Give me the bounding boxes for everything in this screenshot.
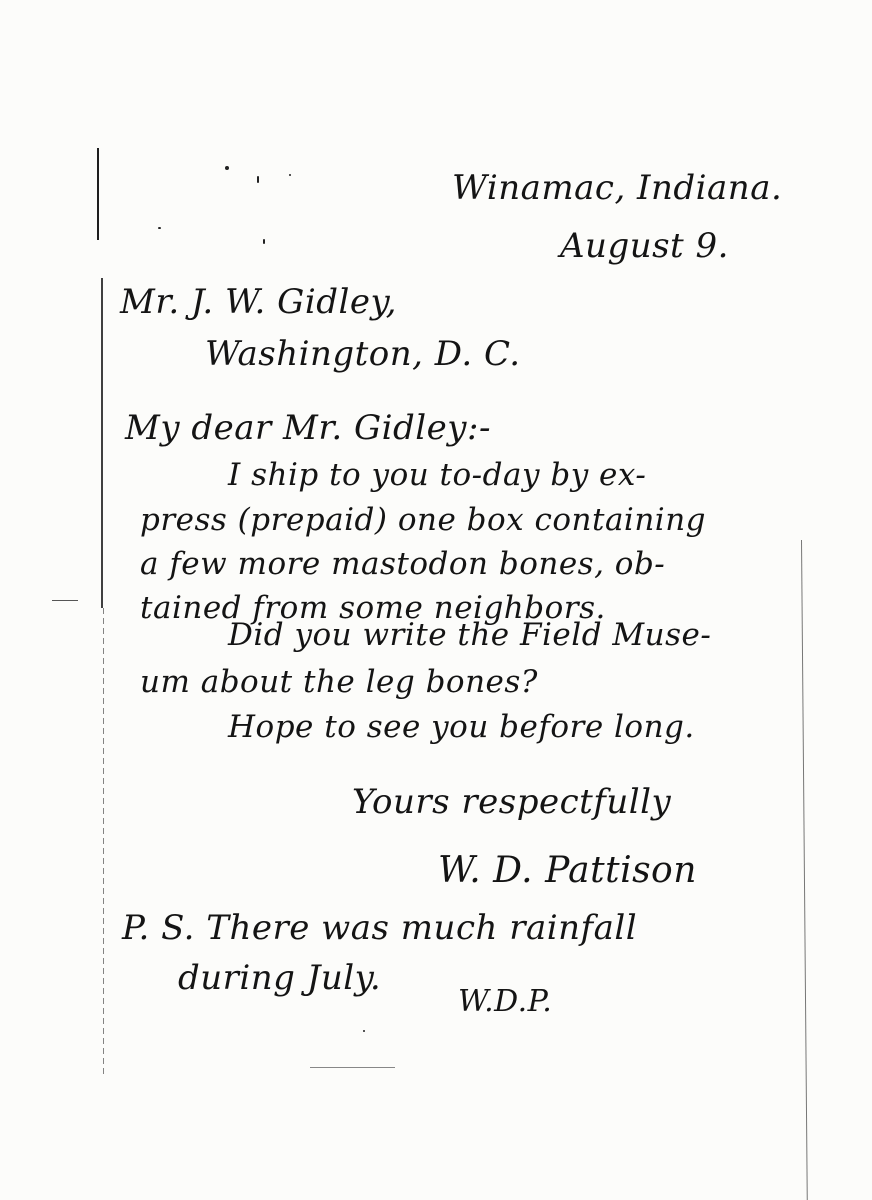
postscript-line: P. S. There was much rainfall bbox=[122, 908, 637, 948]
recipient-name: Mr. J. W. Gidley, bbox=[120, 282, 397, 322]
body-line: I ship to you to-day by ex- bbox=[228, 457, 646, 493]
stray-dash-bottom bbox=[310, 1067, 395, 1068]
speck bbox=[289, 174, 291, 176]
right-margin-rule bbox=[801, 540, 808, 1200]
letter-page: Winamac, Indiana. August 9. Mr. J. W. Gi… bbox=[0, 0, 872, 1200]
signature: W. D. Pattison bbox=[438, 850, 697, 891]
speck bbox=[263, 239, 265, 244]
left-margin-rule-dotted bbox=[103, 608, 104, 1078]
left-margin-rule-top bbox=[97, 148, 99, 240]
letter-date: August 9. bbox=[560, 226, 729, 266]
postscript-initials: W.D.P. bbox=[458, 984, 552, 1019]
speck bbox=[225, 166, 229, 170]
speck bbox=[363, 1030, 365, 1032]
body-line: um about the leg bones? bbox=[140, 664, 538, 700]
recipient-location: Washington, D. C. bbox=[205, 334, 521, 374]
letter-place: Winamac, Indiana. bbox=[452, 168, 782, 208]
salutation: My dear Mr. Gidley:- bbox=[125, 408, 491, 448]
stray-dash-left bbox=[52, 600, 78, 601]
body-line: press (prepaid) one box containing bbox=[140, 502, 706, 538]
body-line: Hope to see you before long. bbox=[228, 709, 695, 745]
body-line: a few more mastodon bones, ob- bbox=[140, 546, 665, 582]
postscript-line: during July. bbox=[178, 958, 381, 998]
left-margin-rule-main bbox=[101, 278, 103, 608]
speck bbox=[257, 176, 259, 183]
speck bbox=[158, 227, 161, 229]
body-line: Did you write the Field Muse- bbox=[228, 617, 711, 653]
closing: Yours respectfully bbox=[352, 782, 671, 822]
